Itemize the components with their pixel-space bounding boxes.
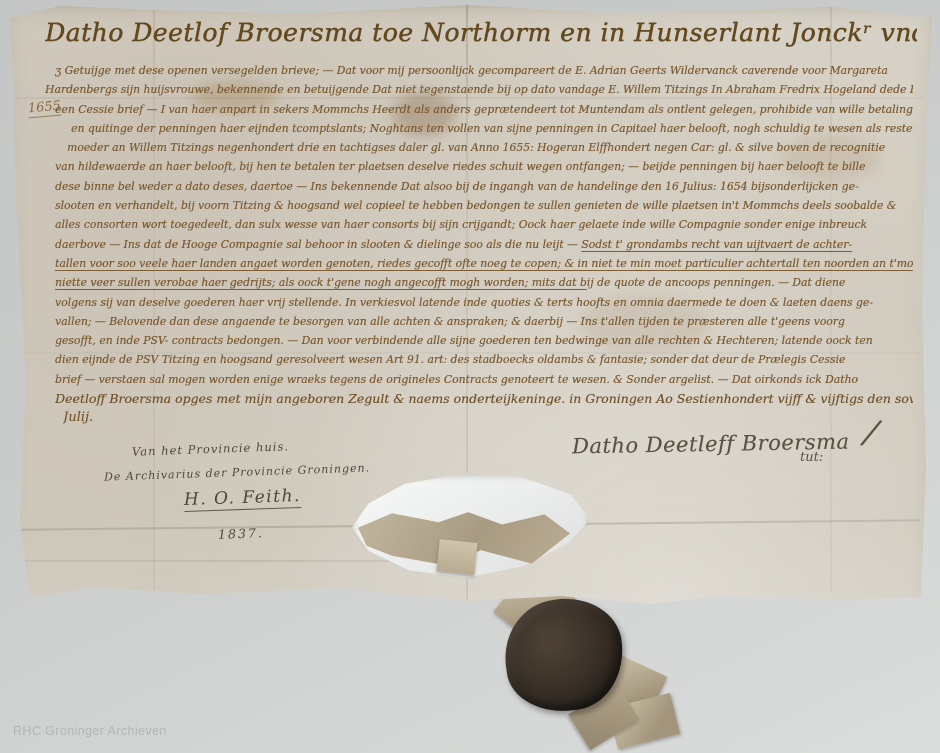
manuscript-line: daerbove — Ins dat de Hooge Compagnie sa…: [55, 235, 913, 254]
manuscript-line: ʒ Getuijge met dese openen versegelden b…: [55, 61, 913, 80]
manuscript-line: dien eijnde de PSV Titzing en hoogsand g…: [55, 350, 913, 369]
manuscript-line: dese binne bel weder a dato deses, daert…: [55, 177, 913, 196]
manuscript-line: en quitinge der penningen haer eijnden t…: [71, 119, 913, 138]
archivist-signature: H. O. Feith.: [184, 486, 302, 512]
signature-suffix: tut:: [800, 450, 823, 465]
photo-backdrop: Datho Deetlof Broersma toe Northorm en i…: [0, 0, 940, 753]
manuscript-line: Hardenbergs sijn huijsvrouwe, bekennende…: [45, 80, 913, 99]
manuscript-line: niette veer sullen verobae haer gedrijts…: [55, 273, 913, 292]
manuscript-line: Deetloff Broersma opges met mijn angebor…: [55, 389, 913, 408]
manuscript-line: vallen; — Belovende dan dese angaende te…: [55, 312, 913, 331]
manuscript-line: moeder an Willem Titzings negenhondert d…: [67, 138, 913, 157]
manuscript-line: alles consorten wort toegedeelt, dan sul…: [55, 215, 913, 234]
manuscript-line: volgens sij van deselve goederen haer vr…: [55, 293, 913, 312]
manuscript-line: van hildewaerde an haer belooft, bij hen…: [55, 157, 913, 176]
seal-tag: [436, 539, 477, 575]
archive-watermark-label: RHC Groninger Archieven: [13, 724, 167, 738]
manuscript-line: gesofft, en inde PSV- contracts bedongen…: [55, 331, 913, 350]
archivist-note-year: 1837.: [218, 525, 264, 542]
parchment-document: Datho Deetlof Broersma toe Northorm en i…: [0, 0, 940, 753]
manuscript-line: slooten en verhandelt, bij voorn Titzing…: [55, 196, 913, 215]
manuscript-line: Julij.: [63, 408, 913, 427]
charter-heading: Datho Deetlof Broersma toe Northorm en i…: [45, 18, 917, 47]
manuscript-line: een Cessie brief — I van haer anpart in …: [55, 100, 913, 119]
charter-body-text: ʒ Getuijge met dese openen versegelden b…: [55, 61, 913, 428]
manuscript-line: brief — verstaen sal mogen worden enige …: [55, 370, 913, 389]
manuscript-line: tallen voor soo veele haer landen angaet…: [55, 254, 913, 273]
